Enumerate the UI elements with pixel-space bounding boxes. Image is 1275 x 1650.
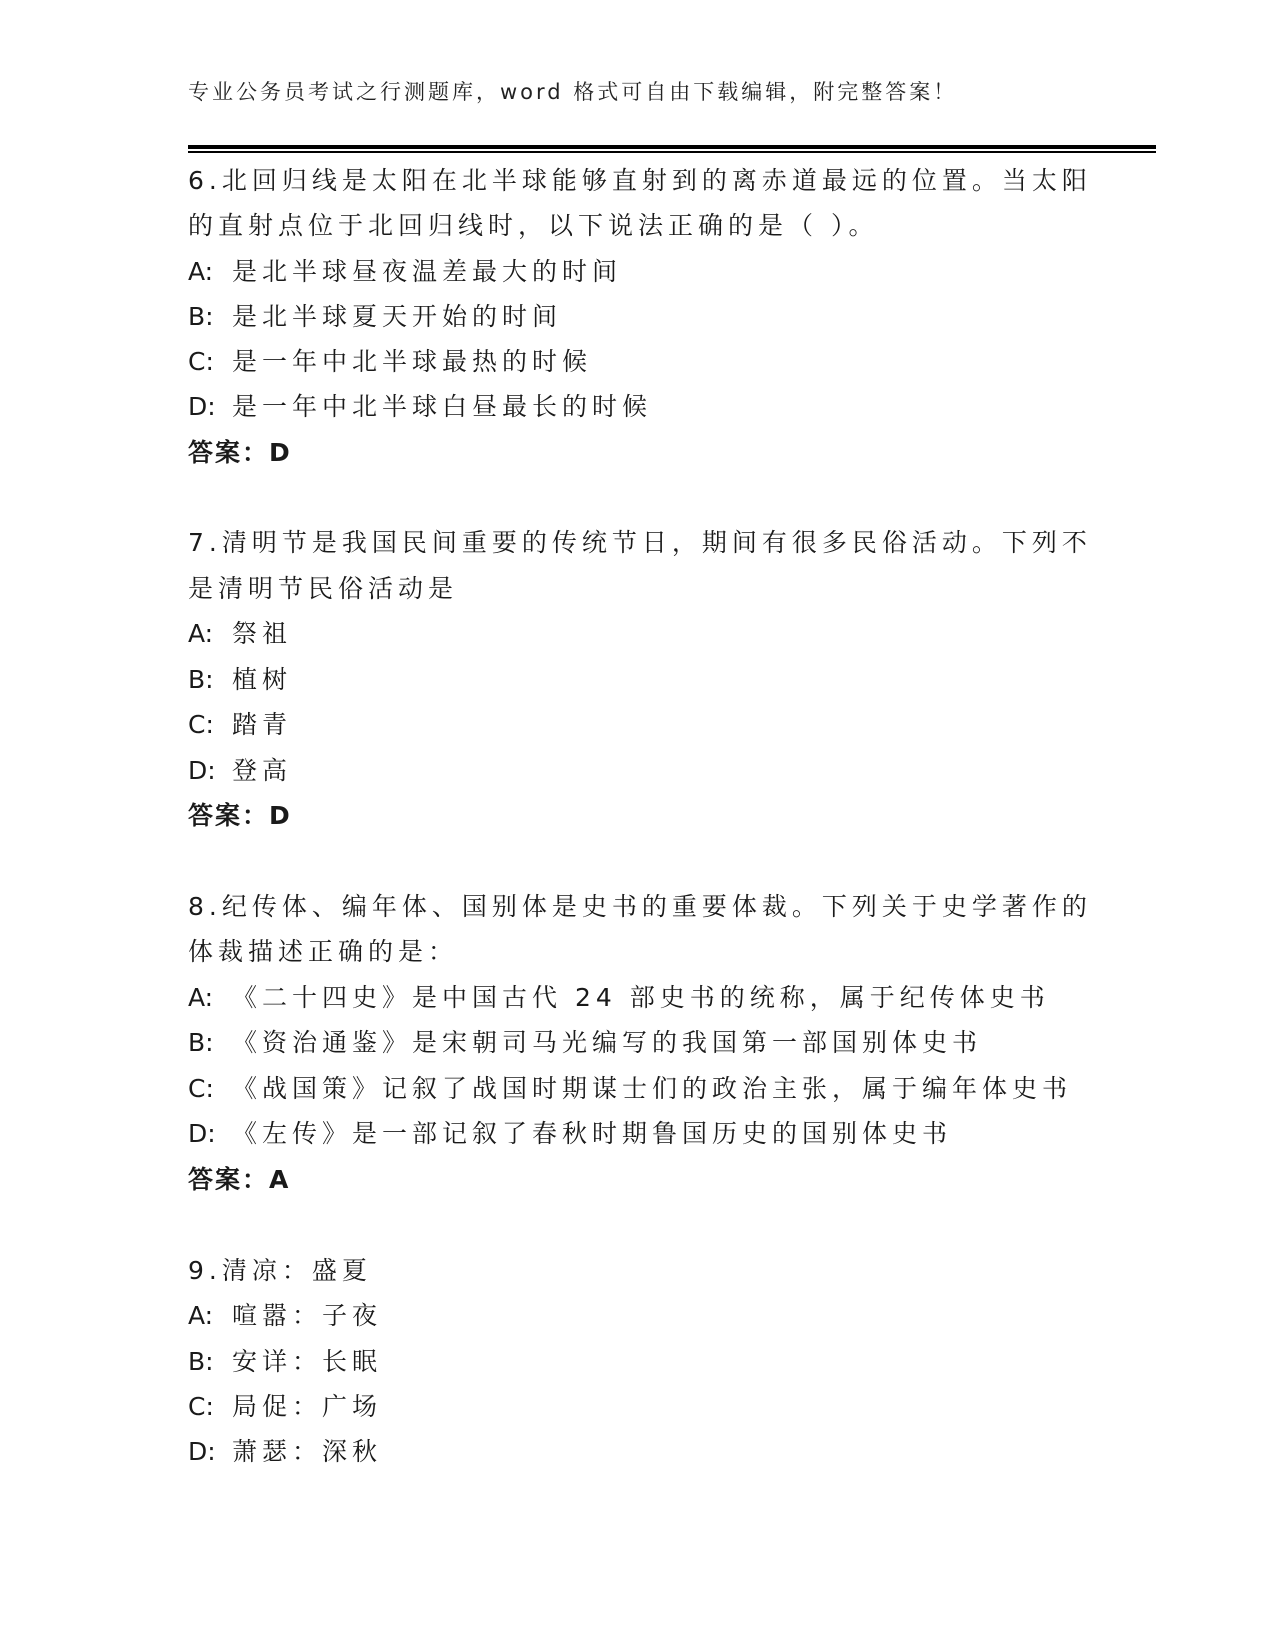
option-b: B:安详：长眠 bbox=[188, 1347, 382, 1377]
option-letter: B: bbox=[188, 1347, 232, 1377]
option-text: 登高 bbox=[232, 756, 292, 785]
answer-label: 答案：D bbox=[188, 438, 292, 468]
option-text: 《战国策》记叙了战国时期谋士们的政治主张，属于编年体史书 bbox=[232, 1074, 1072, 1103]
option-b: B:《资治通鉴》是宋朝司马光编写的我国第一部国别体史书 bbox=[188, 1028, 982, 1058]
option-b: B:植树 bbox=[188, 665, 292, 695]
option-text: 《二十四史》是中国古代 24 部史书的统称，属于纪传体史书 bbox=[232, 983, 1050, 1012]
option-d: D:登高 bbox=[188, 756, 292, 786]
option-a: A:祭祖 bbox=[188, 619, 292, 649]
option-text: 植树 bbox=[232, 665, 292, 694]
option-letter: D: bbox=[188, 756, 232, 786]
header-rule-thin bbox=[188, 151, 1156, 153]
option-d: D:是一年中北半球白昼最长的时候 bbox=[188, 392, 652, 422]
document-page: 专业公务员考试之行测题库，word 格式可自由下载编辑，附完整答案！ 6.北回归… bbox=[0, 0, 1275, 1650]
page-header: 专业公务员考试之行测题库，word 格式可自由下载编辑，附完整答案！ bbox=[188, 76, 957, 106]
option-letter: A: bbox=[188, 983, 232, 1013]
option-d: D:《左传》是一部记叙了春秋时期鲁国历史的国别体史书 bbox=[188, 1119, 952, 1149]
option-letter: D: bbox=[188, 392, 232, 422]
option-letter: B: bbox=[188, 1028, 232, 1058]
option-text: 喧嚣：子夜 bbox=[232, 1301, 382, 1330]
option-d: D:萧瑟：深秋 bbox=[188, 1437, 382, 1467]
option-letter: B: bbox=[188, 302, 232, 332]
option-letter: C: bbox=[188, 710, 232, 740]
option-a: A:《二十四史》是中国古代 24 部史书的统称，属于纪传体史书 bbox=[188, 983, 1050, 1013]
question-stem-line: 体裁描述正确的是： bbox=[188, 937, 458, 967]
question-stem-line: 的直射点位于北回归线时，以下说法正确的是（ ）。 bbox=[188, 211, 878, 241]
question-stem-line: 7.清明节是我国民间重要的传统节日，期间有很多民俗活动。下列不 bbox=[188, 528, 1092, 558]
option-text: 踏青 bbox=[232, 710, 292, 739]
option-text: 是一年中北半球最热的时候 bbox=[232, 347, 592, 376]
option-letter: C: bbox=[188, 347, 232, 377]
option-text: 是一年中北半球白昼最长的时候 bbox=[232, 392, 652, 421]
option-text: 安详：长眠 bbox=[232, 1347, 382, 1376]
option-letter: D: bbox=[188, 1437, 232, 1467]
option-b: B:是北半球夏天开始的时间 bbox=[188, 302, 562, 332]
option-a: A:是北半球昼夜温差最大的时间 bbox=[188, 257, 622, 287]
option-text: 《左传》是一部记叙了春秋时期鲁国历史的国别体史书 bbox=[232, 1119, 952, 1148]
option-letter: C: bbox=[188, 1392, 232, 1422]
option-letter: A: bbox=[188, 257, 232, 287]
option-c: C:局促：广场 bbox=[188, 1392, 382, 1422]
option-text: 祭祖 bbox=[232, 619, 292, 648]
question-stem-line: 8.纪传体、编年体、国别体是史书的重要体裁。下列关于史学著作的 bbox=[188, 892, 1092, 922]
option-c: C:是一年中北半球最热的时候 bbox=[188, 347, 592, 377]
question-stem-line: 6.北回归线是太阳在北半球能够直射到的离赤道最远的位置。当太阳 bbox=[188, 166, 1092, 196]
option-text: 是北半球昼夜温差最大的时间 bbox=[232, 257, 622, 286]
option-a: A:喧嚣：子夜 bbox=[188, 1301, 382, 1331]
option-c: C:踏青 bbox=[188, 710, 292, 740]
option-c: C:《战国策》记叙了战国时期谋士们的政治主张，属于编年体史书 bbox=[188, 1074, 1072, 1104]
option-text: 局促：广场 bbox=[232, 1392, 382, 1421]
option-text: 是北半球夏天开始的时间 bbox=[232, 302, 562, 331]
answer-label: 答案：A bbox=[188, 1165, 290, 1195]
answer-label: 答案：D bbox=[188, 801, 292, 831]
option-letter: C: bbox=[188, 1074, 232, 1104]
option-letter: A: bbox=[188, 619, 232, 649]
option-letter: D: bbox=[188, 1119, 232, 1149]
question-stem-line: 是清明节民俗活动是 bbox=[188, 574, 458, 604]
option-letter: A: bbox=[188, 1301, 232, 1331]
option-letter: B: bbox=[188, 665, 232, 695]
option-text: 《资治通鉴》是宋朝司马光编写的我国第一部国别体史书 bbox=[232, 1028, 982, 1057]
question-stem-line: 9.清凉：盛夏 bbox=[188, 1256, 372, 1286]
option-text: 萧瑟：深秋 bbox=[232, 1437, 382, 1466]
header-rule-thick bbox=[188, 145, 1156, 149]
